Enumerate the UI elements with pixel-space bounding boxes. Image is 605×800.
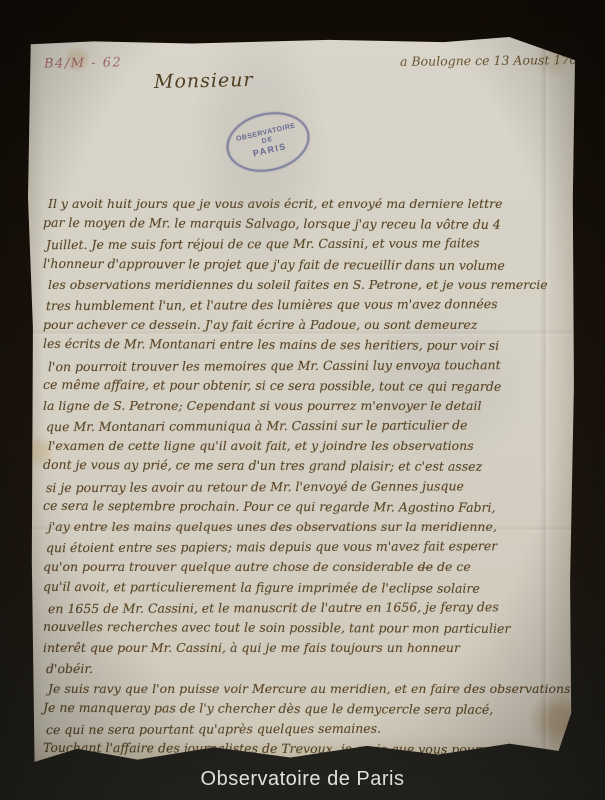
manuscript-line: ce qui ne sera pourtant qu'après quelque… xyxy=(43,718,571,740)
manuscript-line: Il y avoit huit jours que je vous avois … xyxy=(43,194,571,214)
letter-body: Il y avoit huit jours que je vous avois … xyxy=(43,194,571,759)
archival-code: B4/M - 62 xyxy=(44,55,122,71)
manuscript-line: Juillet. Je me suis fort réjoui de ce qu… xyxy=(43,233,571,255)
manuscript-line: interêt que pour Mr. Cassini, à qui je m… xyxy=(43,638,571,658)
salutation: Monsieur xyxy=(154,69,254,93)
manuscript-line: qu'il avoit, et particulierement la figu… xyxy=(43,576,571,598)
manuscript-line: les écrits de Mr. Montanari entre les ma… xyxy=(43,334,571,356)
letter-sheet: B4/M - 62 a Boulogne ce 13 Aoust 1702 Mo… xyxy=(28,37,575,764)
manuscript-line: d'obéir. xyxy=(43,657,571,679)
manuscript-line: Je suis ravy que l'on puisse voir Mercur… xyxy=(43,679,571,699)
manuscript-line: en 1655 de Mr. Cassini, et le manuscrit … xyxy=(43,597,571,619)
manuscript-line: dont je vous ay prié, ce me sera d'un tr… xyxy=(43,455,571,477)
manuscript-line: j'ay entre les mains quelques unes des o… xyxy=(43,517,571,537)
manuscript-line: qu'on pourra trouver quelque autre chose… xyxy=(43,557,571,577)
observatoire-stamp-icon: OBSERVATOIRE DE PARIS xyxy=(221,104,316,179)
manuscript-line: l'on pourroit trouver les memoires que M… xyxy=(43,354,571,376)
manuscript-line: Je ne manqueray pas de l'y chercher dès … xyxy=(43,698,571,720)
photo: B4/M - 62 a Boulogne ce 13 Aoust 1702 Mo… xyxy=(0,0,605,800)
manuscript-line: que Mr. Montanari communiqua à Mr. Cassi… xyxy=(43,415,571,437)
photo-caption: Observatoire de Paris xyxy=(0,768,605,791)
manuscript-line: nouvelles recherches avec tout le soin p… xyxy=(43,617,571,639)
manuscript-line: les observations meridiennes du soleil f… xyxy=(43,275,571,295)
manuscript-line: qui étoient entre ses papiers; mais depu… xyxy=(43,536,571,558)
manuscript-line: ce même affaire, et pour obtenir, si ce … xyxy=(43,375,571,397)
stamp-line-3: PARIS xyxy=(252,141,288,158)
manuscript-line: Touchant l'affaire des journalistes de T… xyxy=(43,738,571,760)
manuscript-line: l'honneur d'approuver le projet que j'ay… xyxy=(43,253,571,275)
manuscript-line: par le moyen de Mr. le marquis Salvago, … xyxy=(43,213,571,235)
manuscript-line: pour achever ce dessein. J'ay fait écrir… xyxy=(43,315,571,335)
date-line: a Boulogne ce 13 Aoust 1702 xyxy=(400,52,570,69)
manuscript-line: ce sera le septembre prochain. Pour ce q… xyxy=(43,496,571,518)
manuscript-line: tres humblement l'un, et l'autre des lum… xyxy=(43,294,571,316)
manuscript-line: l'examen de cette ligne qu'il avoit fait… xyxy=(43,436,571,456)
manuscript-line: si je pourray les avoir au retour de Mr.… xyxy=(43,475,571,497)
manuscript-line: la ligne de S. Petrone; Cependant si vou… xyxy=(43,396,571,416)
